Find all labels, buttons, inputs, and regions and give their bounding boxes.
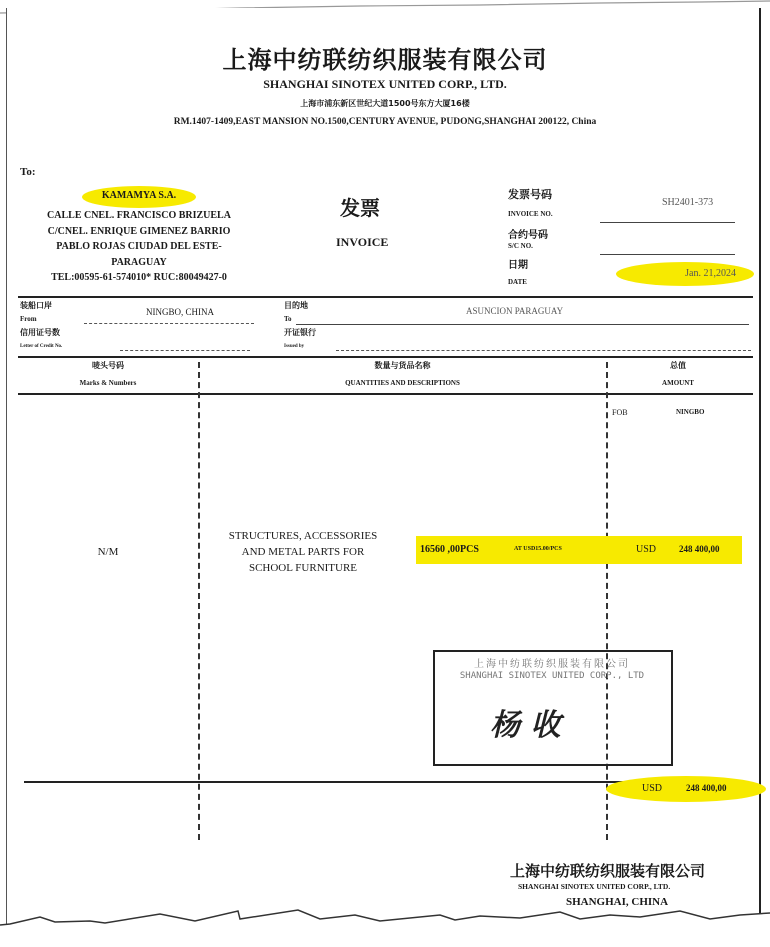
from-value: NINGBO, CHINA bbox=[146, 307, 214, 317]
sc-no-underline bbox=[600, 254, 735, 255]
company-name-cn: 上海中纺联纺织服装有限公司 bbox=[0, 40, 770, 75]
recipient-name: KAMAMYA S.A. bbox=[82, 190, 196, 201]
row-amount: 248 400,00 bbox=[679, 544, 720, 554]
lc-underline bbox=[120, 350, 250, 351]
stamp-text-en: SHANGHAI SINOTEX UNITED CORP., LTD bbox=[437, 671, 667, 681]
invoice-title-cn: 发票 bbox=[340, 192, 380, 221]
address-line: PABLO ROJAS CIUDAD DEL ESTE- bbox=[14, 239, 264, 255]
issued-by-underline bbox=[336, 350, 751, 351]
divider bbox=[18, 296, 753, 298]
to-underline bbox=[296, 324, 749, 325]
date-value: Jan. 21,2024 bbox=[636, 268, 736, 279]
torn-bottom-edge bbox=[0, 905, 770, 947]
address-line: CALLE CNEL. FRANCISCO BRIZUELA bbox=[14, 208, 264, 224]
date-label-en: DATE bbox=[508, 278, 527, 286]
from-label-cn: 装船口岸 bbox=[20, 300, 52, 311]
incoterm-port: NINGBO bbox=[676, 408, 704, 416]
header-amount-cn: 总值 bbox=[608, 360, 748, 371]
address-line: C/CNEL. ENRIQUE GIMENEZ BARRIO bbox=[14, 224, 264, 240]
column-divider bbox=[198, 362, 200, 840]
from-underline bbox=[84, 323, 254, 324]
invoice-title-en: INVOICE bbox=[336, 235, 388, 250]
table-header-bottom-border bbox=[18, 393, 753, 395]
table-top-border bbox=[18, 356, 753, 358]
address-line: PARAGUAY bbox=[14, 255, 264, 271]
unit-price-value: AT USD15.00/PCS bbox=[514, 546, 562, 552]
header-amount-en: AMOUNT bbox=[608, 379, 748, 387]
total-currency: USD bbox=[642, 783, 662, 794]
lc-label-cn: 信用证号数 bbox=[20, 327, 60, 338]
header-marks-en: Marks & Numbers bbox=[18, 379, 198, 387]
footer-company-cn: 上海中纺联纺织服装有限公司 bbox=[510, 860, 705, 881]
to-port-label-en: To bbox=[284, 315, 292, 323]
description-line: STRUCTURES, ACCESSORIES bbox=[200, 528, 406, 544]
sc-no-label-en: S/C NO. bbox=[508, 242, 533, 250]
quantity-value: 16560 ,00PCS bbox=[420, 544, 479, 555]
description-line: SCHOOL FURNITURE bbox=[200, 560, 406, 576]
to-port-label-cn: 目的地 bbox=[284, 300, 308, 311]
row-currency: USD bbox=[636, 544, 656, 555]
stamp-text-cn: 上海中纺联纺织服装有限公司 bbox=[437, 655, 667, 670]
invoice-no-underline bbox=[600, 222, 735, 223]
item-description: STRUCTURES, ACCESSORIES AND METAL PARTS … bbox=[200, 528, 406, 576]
from-label-en: From bbox=[20, 315, 37, 323]
address-line: TEL:00595-61-574010* RUC:80049427-0 bbox=[14, 270, 264, 286]
lc-label-en: Letter of Credit No. bbox=[20, 344, 62, 349]
company-name-en: SHANGHAI SINOTEX UNITED CORP., LTD. bbox=[0, 77, 770, 92]
invoice-no-label-en: INVOICE NO. bbox=[508, 210, 553, 218]
total-amount: 248 400,00 bbox=[686, 783, 727, 793]
header-desc-en: QUANTITIES AND DESCRIPTIONS bbox=[200, 379, 605, 387]
invoice-no-value: SH2401-373 bbox=[662, 197, 713, 208]
date-label-cn: 日期 bbox=[508, 256, 528, 271]
header-marks-cn: 唛头号码 bbox=[18, 360, 198, 371]
issued-by-label-en: Issued by bbox=[284, 344, 304, 349]
description-line: AND METAL PARTS FOR bbox=[200, 544, 406, 560]
company-address-en: RM.1407-1409,EAST MANSION NO.1500,CENTUR… bbox=[0, 117, 770, 127]
company-address-cn: 上海市浦东新区世纪大道1500号东方大厦16楼 bbox=[0, 98, 770, 109]
signature: 杨 收 bbox=[490, 700, 560, 744]
footer-company-en: SHANGHAI SINOTEX UNITED CORP., LTD. bbox=[518, 882, 670, 891]
column-divider bbox=[606, 362, 608, 840]
marks-value: N/M bbox=[18, 546, 198, 558]
invoice-no-label-cn: 发票号码 bbox=[508, 186, 552, 202]
recipient-address: CALLE CNEL. FRANCISCO BRIZUELA C/CNEL. E… bbox=[14, 208, 264, 286]
sc-no-label-cn: 合约号码 bbox=[508, 226, 548, 241]
issued-by-label-cn: 开证银行 bbox=[284, 327, 316, 338]
to-port-value: ASUNCION PARAGUAY bbox=[466, 306, 563, 316]
header-desc-cn: 数量与货品名称 bbox=[200, 360, 605, 371]
incoterm: FOB bbox=[612, 408, 628, 417]
to-label: To: bbox=[20, 166, 36, 178]
